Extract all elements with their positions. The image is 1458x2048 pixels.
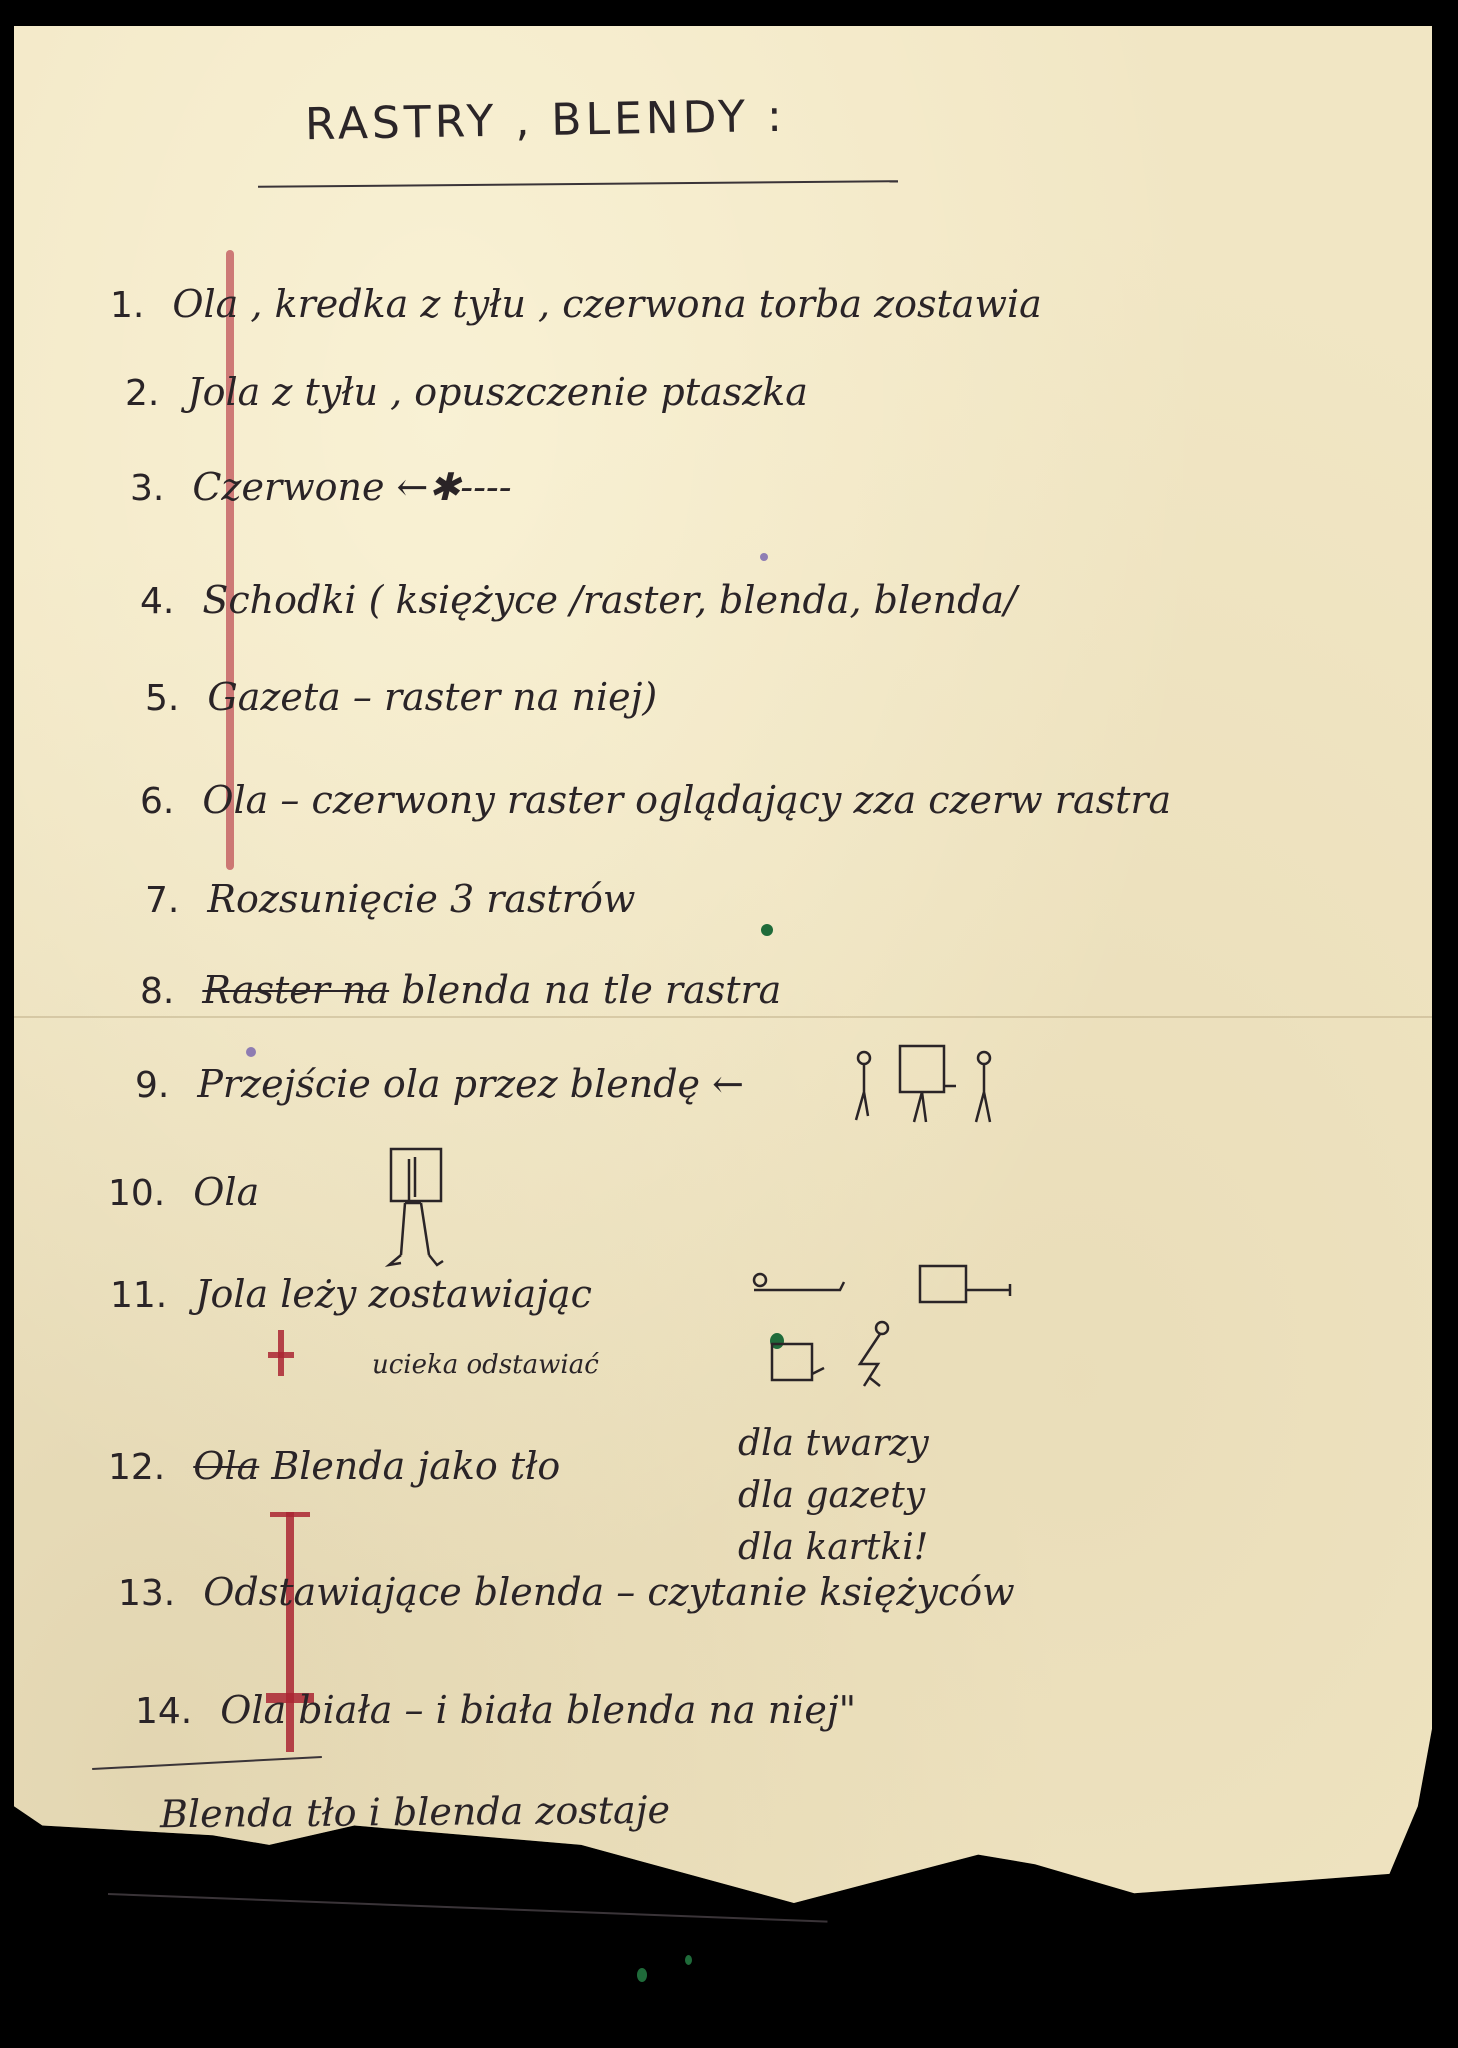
list-item-2: 2.Jola z tyłu , opuszczenie ptaszka bbox=[125, 370, 808, 414]
item-text: Jola z tyłu , opuszczenie ptaszka bbox=[187, 370, 808, 414]
green-ink-spot bbox=[637, 1968, 647, 1982]
list-item-8: 8.Raster na blenda na tle rastra bbox=[140, 968, 781, 1012]
item-text: Ola – czerwony raster oglądający zza cze… bbox=[202, 778, 1171, 822]
list-item-5: 5.Gazeta – raster na niej) bbox=[145, 675, 657, 719]
list-item-12-stack: dla twarzy dla gazety dla kartki! bbox=[738, 1418, 929, 1574]
item-text: Ola biała – i biała blenda na niej" bbox=[220, 1688, 856, 1732]
lying-figure-sketch bbox=[740, 1260, 1030, 1400]
list-item-9: 9.Przejście ola przez blendę ← bbox=[135, 1062, 744, 1106]
list-item-14: 14.Ola biała – i biała blenda na niej" bbox=[135, 1688, 856, 1732]
stack-line: dla gazety bbox=[738, 1470, 929, 1522]
fold-crease bbox=[14, 1016, 1432, 1018]
item-text: Czerwone ←✱‐‐‐‐ bbox=[192, 465, 511, 509]
item-number: 11. bbox=[110, 1275, 167, 1316]
item-text: Ola , kredka z tyłu , czerwona torba zos… bbox=[172, 282, 1041, 326]
item-number: 13. bbox=[118, 1573, 175, 1614]
item-number: 3. bbox=[130, 468, 164, 509]
item-number: 9. bbox=[135, 1065, 169, 1106]
item-number: 7. bbox=[145, 880, 179, 921]
item-number: 14. bbox=[135, 1691, 192, 1732]
green-ink-spot bbox=[761, 924, 773, 936]
item-number: 8. bbox=[140, 971, 174, 1012]
figures-blend-sketch bbox=[852, 1042, 1012, 1132]
item-text: Przejście ola przez blendę ← bbox=[197, 1062, 744, 1106]
page-title: RASTRY , BLENDY : bbox=[305, 91, 787, 150]
item-text: blenda na tle rastra bbox=[389, 968, 781, 1012]
item-text: Schodki ( księżyce /raster, blenda, blen… bbox=[202, 578, 1017, 622]
item-text: Jola leży zostawiając bbox=[195, 1272, 592, 1316]
person-carrying-board-sketch bbox=[385, 1145, 455, 1275]
purple-ink-spot bbox=[246, 1047, 256, 1057]
list-item-12: 12.Ola Blenda jako tło bbox=[108, 1444, 560, 1488]
stack-line: dla kartki! bbox=[738, 1522, 929, 1574]
purple-ink-spot bbox=[760, 553, 768, 561]
footer-note: Blenda tło i blenda zostaje bbox=[160, 1788, 670, 1836]
list-item-10: 10.Ola bbox=[108, 1170, 259, 1214]
item-text: Odstawiające blenda – czytanie księżyców bbox=[203, 1570, 1014, 1614]
red-cross-mark-bar bbox=[268, 1352, 294, 1358]
list-item-3: 3.Czerwone ←✱‐‐‐‐ bbox=[130, 465, 512, 509]
item-number: 5. bbox=[145, 678, 179, 719]
item-number: 6. bbox=[140, 781, 174, 822]
item-text: Gazeta – raster na niej) bbox=[207, 675, 657, 719]
stack-line: dla twarzy bbox=[738, 1418, 929, 1470]
green-ink-spot bbox=[685, 1955, 692, 1965]
item-number: 1. bbox=[110, 285, 144, 326]
red-bracket-top bbox=[270, 1512, 310, 1517]
list-item-11: 11.Jola leży zostawiając bbox=[110, 1272, 592, 1316]
list-item-1: 1.Ola , kredka z tyłu , czerwona torba z… bbox=[110, 282, 1042, 326]
item-number: 2. bbox=[125, 373, 159, 414]
struck-text: Raster na bbox=[202, 968, 389, 1012]
item-text: Ola bbox=[193, 1170, 259, 1214]
struck-text: Ola bbox=[193, 1444, 259, 1488]
item-text: Blenda jako tło bbox=[259, 1444, 560, 1488]
list-item-7: 7.Rozsunięcie 3 rastrów bbox=[145, 877, 635, 921]
list-item-4: 4.Schodki ( księżyce /raster, blenda, bl… bbox=[140, 578, 1017, 622]
item-number: 10. bbox=[108, 1173, 165, 1214]
item-number: 12. bbox=[108, 1447, 165, 1488]
red-margin-line bbox=[226, 250, 234, 870]
closing-rule bbox=[108, 1893, 828, 1923]
item-number: 4. bbox=[140, 581, 174, 622]
item-text: Rozsunięcie 3 rastrów bbox=[207, 877, 635, 921]
list-item-6: 6.Ola – czerwony raster oglądający zza c… bbox=[140, 778, 1171, 822]
list-item-13: 13.Odstawiające blenda – czytanie księży… bbox=[118, 1570, 1015, 1614]
list-item-11-subtext: ucieka odstawiać bbox=[372, 1350, 599, 1380]
